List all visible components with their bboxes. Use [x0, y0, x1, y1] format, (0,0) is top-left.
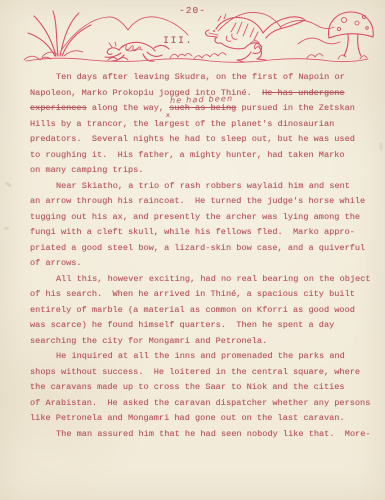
- typed-line: He inquired at all the inns and promenad…: [30, 349, 378, 365]
- typed-text-segment: tugging out his ax, and presently the ar…: [30, 212, 360, 222]
- typed-text-segment: on many camping trips.: [30, 165, 143, 175]
- typed-line: the caravans made up to cross the Saar t…: [30, 380, 378, 396]
- typed-line: predators. Several nights he had to slee…: [30, 132, 378, 148]
- typed-text-segment: an arrow through his raincoat. He turned…: [30, 196, 365, 206]
- typed-text-segment: shops without success. He loitered in th…: [30, 367, 360, 377]
- typed-line: an arrow through his raincoat. He turned…: [30, 194, 378, 210]
- typed-line: searching the city for Mongamri and Petr…: [30, 334, 378, 350]
- pencil-smudge: [379, 142, 383, 151]
- typed-text-segment: the caravans made up to cross the Saar t…: [30, 382, 345, 392]
- typed-line: priated a good steel bow, a lizard-skin …: [30, 241, 378, 257]
- typed-line: of Arabistan. He asked the caravan dispa…: [30, 396, 378, 412]
- pencil-smudge: [4, 227, 9, 230]
- typed-line: experiences along the way, xhe had beens…: [30, 101, 378, 117]
- manuscript-page: -20- III.: [0, 0, 385, 500]
- chapter-heading: III.: [163, 36, 193, 47]
- typed-line: of arrows.: [30, 256, 378, 272]
- typed-text-segment: The man assured him that he had seen nob…: [56, 429, 371, 439]
- typed-text-segment: of Arabistan. He asked the caravan dispa…: [30, 398, 370, 408]
- mountains-doodle: [62, 12, 340, 49]
- typed-text-segment: was scarce) he found himself quarters. T…: [30, 320, 334, 330]
- pencil-smudge: [5, 181, 12, 187]
- typed-text-segment: All this, however exciting, had no real …: [56, 274, 371, 284]
- typed-text-segment: searching the city for Mongamri and Petr…: [30, 336, 267, 346]
- page-number: -20-: [0, 5, 385, 16]
- typed-line: of his search. When he arrived in Thiné,…: [30, 287, 378, 303]
- ground-doodle: [26, 53, 368, 63]
- typed-text-segment: Ten days after leaving Skudra, on the fi…: [56, 72, 345, 82]
- typed-text-segment: pursued in the Zetskan: [236, 103, 355, 113]
- running-animal-doodle: [105, 42, 169, 61]
- dinosaur-doodle: [205, 14, 305, 62]
- typed-text-segment: He inquired at all the inns and promenad…: [56, 351, 345, 361]
- typed-line: tugging out his ax, and presently the ar…: [30, 210, 378, 226]
- typed-text-segment: fungi with a cleft skull, while his fell…: [30, 227, 355, 237]
- typed-line: like Petronela and Mongamri had gone out…: [30, 411, 378, 427]
- typed-line: was scarce) he found himself quarters. T…: [30, 318, 378, 334]
- typed-line: on many camping trips.: [30, 163, 378, 179]
- typed-text-segment: predators. Several nights he had to slee…: [30, 134, 355, 144]
- typed-text-segment: of his search. When he arrived in Thiné,…: [30, 289, 355, 299]
- typed-line: to roughing it. His father, a mighty hun…: [30, 148, 378, 164]
- typed-text-segment: along the way,: [87, 103, 170, 113]
- typed-line: entirely of marble (a material as common…: [30, 303, 378, 319]
- typed-line: Hills by a trancor, the largest of the p…: [30, 117, 378, 133]
- typed-text-segment: Hills by a trancor, the largest of the p…: [30, 119, 334, 129]
- typed-line: shops without success. He loitered in th…: [30, 365, 378, 381]
- typed-text-segment: entirely of marble (a material as common…: [30, 305, 355, 315]
- typed-text-segment: of arrows.: [30, 258, 82, 268]
- typed-line: Near Skiatho, a trio of rash robbers way…: [30, 179, 378, 195]
- typed-line: All this, however exciting, had no real …: [30, 272, 378, 288]
- grass-doodle: [24, 11, 91, 60]
- typed-line: Ten days after leaving Skudra, on the fi…: [30, 70, 378, 86]
- handwritten-insertion: he had been: [170, 90, 234, 108]
- typed-line: The man assured him that he had seen nob…: [30, 427, 378, 443]
- mushroom-doodle: [329, 12, 374, 59]
- struck-text: He has undergone: [262, 88, 345, 98]
- typed-text-segment: Near Skiatho, a trio of rash robbers way…: [56, 181, 350, 191]
- typed-line: fungi with a cleft skull, while his fell…: [30, 225, 378, 241]
- typed-text-segment: priated a good steel bow, a lizard-skin …: [30, 243, 365, 253]
- typed-text-block: Ten days after leaving Skudra, on the fi…: [30, 70, 378, 442]
- struck-text: experiences: [30, 103, 87, 113]
- typed-text-segment: to roughing it. His father, a mighty hun…: [30, 150, 345, 160]
- typed-text-segment: like Petronela and Mongamri had gone out…: [30, 413, 345, 423]
